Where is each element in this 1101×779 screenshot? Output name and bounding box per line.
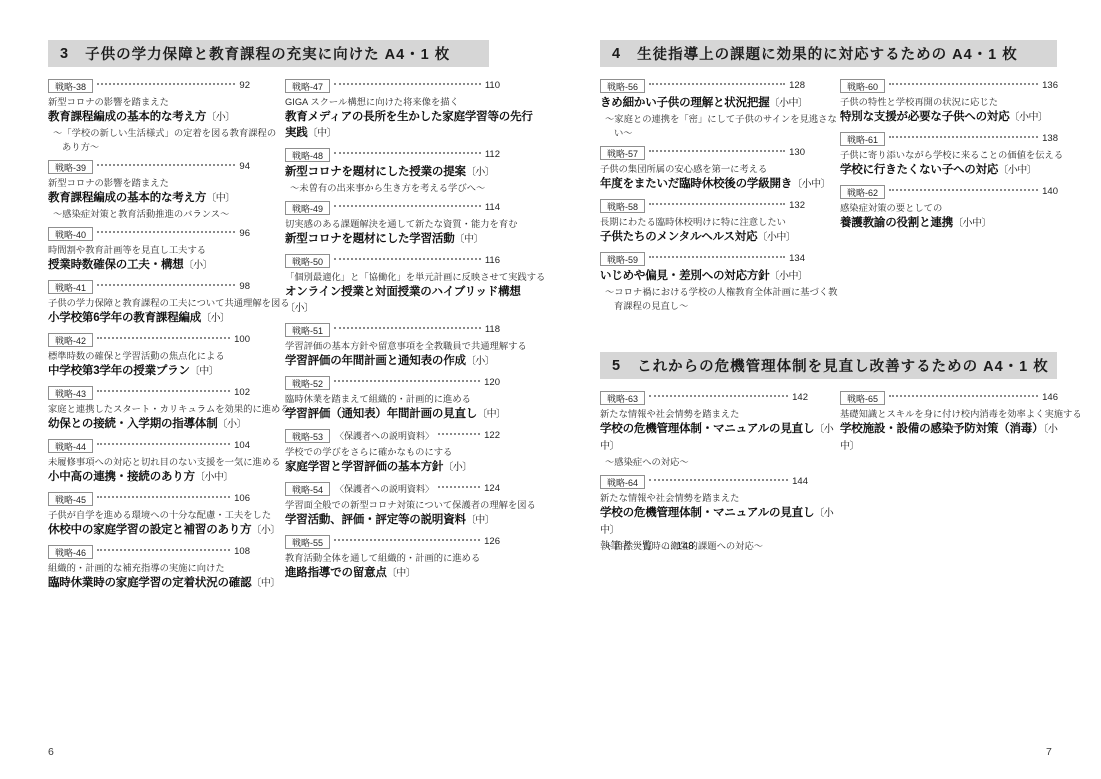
- entry-title: 学校に行きたくない子への対応〔小中〕: [840, 162, 1058, 179]
- section-heading-3: 3 子供の学力保障と教育課程の充実に向けた A4・1 枚: [48, 40, 489, 67]
- dot-leader: [97, 549, 230, 551]
- toc-entry-header: 戦略-3994: [48, 159, 250, 174]
- folio-right: 7: [1046, 746, 1052, 758]
- strategy-label: 戦略-47: [285, 79, 330, 93]
- grade-tag: 〔小〕: [206, 112, 235, 123]
- toc-entry: 戦略-55126教育活動全体を通して組織的・計画的に進める進路指導での留意点〔中…: [285, 534, 540, 582]
- grade-tag: 〔中〕: [387, 568, 416, 579]
- page-ref: 112: [485, 149, 500, 160]
- page-ref: 126: [484, 536, 500, 547]
- page-ref: 114: [485, 202, 500, 213]
- entry-subtitle: ～感染症対策と教育活動推進のバランス～: [48, 207, 285, 221]
- entry-title: 養護教諭の役割と連携〔小中〕: [840, 215, 1058, 232]
- section-title: これからの危機管理体制を見直し改善するための A4・1 枚: [637, 355, 1049, 376]
- grade-tag: 〔中〕: [477, 409, 506, 420]
- grade-tag: 〔小中〕: [840, 424, 1057, 452]
- entry-lead: 子供の集団所属の安心感を第一に考える: [600, 162, 842, 176]
- strategy-label: 戦略-62: [840, 185, 885, 199]
- strategy-label: 戦略-60: [840, 79, 885, 93]
- toc-entry: 戦略-50116「個別最適化」と「協働化」を単元計画に反映させて実践するオンライ…: [285, 253, 540, 317]
- dot-leader: [889, 395, 1038, 397]
- toc-column: 戦略-65146基礎知識とスキルを身に付け校内消毒を効率よく実施する学校施設・設…: [840, 387, 1058, 460]
- entry-title: 教育メディアの長所を生かした家庭学習等の先行実践〔中〕: [285, 109, 540, 142]
- strategy-label: 戦略-50: [285, 254, 330, 268]
- toc-entry-header: 戦略-4096: [48, 226, 250, 241]
- page-ref: 108: [234, 546, 250, 557]
- page-ref: 144: [792, 476, 808, 487]
- toc-entry-header: 戦略-64144: [600, 474, 808, 489]
- strategy-label: 戦略-49: [285, 201, 330, 215]
- entry-title: 学校施設・設備の感染予防対策（消毒）〔小中〕: [840, 421, 1058, 455]
- entry-title: いじめや偏見・差別への対応方針〔小中〕: [600, 268, 842, 285]
- dot-leader: [334, 152, 481, 154]
- entry-lead: 組織的・計画的な補充指導の実施に向けた: [48, 561, 285, 575]
- toc-entry: 戦略-65146基礎知識とスキルを身に付け校内消毒を効率よく実施する学校施設・設…: [840, 390, 1058, 455]
- page-ref: 100: [234, 334, 250, 345]
- strategy-label: 戦略-41: [48, 280, 93, 294]
- toc-entry: 戦略-60136子供の特性と学校再開の状況に応じた特別な支援が必要な子供への対応…: [840, 78, 1058, 126]
- entry-title: 教育課程編成の基本的な考え方〔小〕: [48, 109, 285, 126]
- dot-leader: [334, 258, 481, 260]
- dot-leader: [334, 83, 481, 85]
- grade-tag: 〔中〕: [466, 515, 495, 526]
- grade-tag: 〔中〕: [251, 578, 280, 589]
- entry-lead: 標準時数の確保と学習活動の焦点化による: [48, 349, 285, 363]
- page-ref: 128: [789, 80, 805, 91]
- toc-entry-header: 戦略-62140: [840, 184, 1058, 199]
- toc-entry: 戦略-46108組織的・計画的な補充指導の実施に向けた臨時休業時の家庭学習の定着…: [48, 544, 285, 592]
- strategy-label: 戦略-59: [600, 252, 645, 266]
- grade-tag: 〔小中〕: [792, 179, 830, 190]
- dot-leader: [334, 380, 480, 382]
- page-ref: 110: [485, 80, 500, 91]
- dot-leader: [649, 479, 788, 481]
- strategy-label: 戦略-64: [600, 475, 645, 489]
- entry-lead: 新型コロナの影響を踏まえた: [48, 176, 285, 190]
- strategy-label: 戦略-39: [48, 160, 93, 174]
- toc-entry-header: 戦略-59134: [600, 251, 805, 266]
- toc-entry-header: 戦略-54〈保護者への説明資料〉124: [285, 481, 500, 496]
- toc-entry-header: 戦略-55126: [285, 534, 500, 549]
- strategy-label: 戦略-58: [600, 199, 645, 213]
- toc-entry-header: 戦略-56128: [600, 78, 805, 93]
- toc-column: 戦略-3892新型コロナの影響を踏まえた教育課程編成の基本的な考え方〔小〕～「学…: [48, 75, 285, 597]
- entry-title: 教育課程編成の基本的な考え方〔中〕: [48, 190, 285, 207]
- dot-leader: [649, 395, 788, 397]
- section-title: 子供の学力保障と教育課程の充実に向けた A4・1 枚: [85, 43, 450, 64]
- strategy-label: 戦略-55: [285, 535, 330, 549]
- dot-leader: [889, 83, 1038, 85]
- toc-entry-header: 戦略-43102: [48, 385, 250, 400]
- toc-entry-header: 戦略-57130: [600, 145, 805, 160]
- strategy-label: 戦略-43: [48, 386, 93, 400]
- strategy-label: 戦略-38: [48, 79, 93, 93]
- toc-entry: 戦略-43102家庭と連携したスタート・カリキュラムを効果的に進める幼保との接続…: [48, 385, 285, 433]
- toc-entry: 戦略-49114切実感のある課題解決を通して新たな資質・能力を育む新型コロナを題…: [285, 200, 540, 248]
- dot-leader: [649, 83, 785, 85]
- grade-tag: 〔小〕: [443, 462, 472, 473]
- strategy-label: 戦略-57: [600, 146, 645, 160]
- page-ref: 116: [485, 255, 500, 266]
- entry-subtitle: ～コロナ禍における学校の人権教育全体計画に基づく教育課程の見直し～: [600, 285, 842, 313]
- strategy-label: 戦略-45: [48, 492, 93, 506]
- dot-leader: [97, 390, 230, 392]
- strategy-label: 戦略-65: [840, 391, 885, 405]
- dot-leader: [649, 150, 785, 152]
- entry-lead: 学習面全般での新型コロナ対策について保護者の理解を図る: [285, 498, 540, 512]
- toc-column: 戦略-60136子供の特性と学校再開の状況に応じた特別な支援が必要な子供への対応…: [840, 75, 1058, 237]
- entry-title: 学習活動、評価・評定等の説明資料〔中〕: [285, 512, 540, 529]
- dot-leader: [438, 486, 480, 488]
- toc-entry-header: 戦略-47110: [285, 78, 500, 93]
- toc-entry-header: 戦略-42100: [48, 332, 250, 347]
- page-ref: 122: [484, 430, 500, 441]
- entry-lead: 子供に寄り添いながら学校に来ることの価値を伝える: [840, 148, 1058, 162]
- toc-entry-header: 戦略-48112: [285, 147, 500, 162]
- toc-entry: 戦略-62140感染症対策の要としての養護教諭の役割と連携〔小中〕: [840, 184, 1058, 232]
- entry-lead: 臨時休業を踏まえて組織的・計画的に進める: [285, 392, 540, 406]
- strategy-label: 戦略-46: [48, 545, 93, 559]
- dot-leader: [334, 539, 480, 541]
- page-ref: 138: [1042, 133, 1058, 144]
- entry-title: 特別な支援が必要な子供への対応〔小中〕: [840, 109, 1058, 126]
- entry-lead: 新たな情報や社会情勢を踏まえた: [600, 407, 842, 421]
- toc-entry: 戦略-58132長期にわたる臨時休校明けに特に注意したい子供たちのメンタルヘルス…: [600, 198, 842, 246]
- entry-lead: 子供の特性と学校再開の状況に応じた: [840, 95, 1058, 109]
- page-ref: 140: [1042, 186, 1058, 197]
- grade-tag: 〔小〕: [251, 525, 280, 536]
- authors-list-link: 執筆者一覧 … 148: [600, 538, 694, 553]
- dot-leader: [334, 327, 481, 329]
- page-ref: 118: [485, 324, 500, 335]
- grade-tag: 〔小〕: [201, 313, 230, 324]
- page-ref: 134: [789, 253, 805, 264]
- entry-lead: 新たな情報や社会情勢を踏まえた: [600, 491, 842, 505]
- grade-tag: 〔小中〕: [998, 165, 1036, 176]
- strategy-label: 戦略-48: [285, 148, 330, 162]
- strategy-label: 戦略-42: [48, 333, 93, 347]
- entry-title: きめ細かい子供の理解と状況把握〔小中〕: [600, 95, 842, 112]
- entry-lead: 家庭と連携したスタート・カリキュラムを効果的に進める: [48, 402, 285, 416]
- dot-leader: [649, 203, 785, 205]
- toc-entry: 戦略-59134いじめや偏見・差別への対応方針〔小中〕～コロナ禍における学校の人…: [600, 251, 842, 313]
- entry-lead: 感染症対策の要としての: [840, 201, 1058, 215]
- strategy-note: 〈保護者への説明資料〉: [335, 482, 434, 495]
- toc-entry-header: 戦略-50116: [285, 253, 500, 268]
- entry-title: 新型コロナを題材にした学習活動〔中〕: [285, 231, 540, 248]
- entry-lead: 基礎知識とスキルを身に付け校内消毒を効率よく実施する: [840, 407, 1058, 421]
- page-ref: 102: [234, 387, 250, 398]
- toc-entry-header: 戦略-63142: [600, 390, 808, 405]
- toc-entry: 戦略-4198子供の学力保障と教育課程の工夫について共通理解を図る小学校第6学年…: [48, 279, 285, 327]
- dot-leader: [649, 256, 785, 258]
- toc-column: 戦略-56128きめ細かい子供の理解と状況把握〔小中〕～家庭との連携を「密」にし…: [600, 75, 842, 318]
- toc-entry-header: 戦略-3892: [48, 78, 250, 93]
- page-ref: 98: [239, 281, 250, 292]
- toc-entry-header: 戦略-46108: [48, 544, 250, 559]
- strategy-note: 〈保護者への説明資料〉: [335, 429, 434, 442]
- grade-tag: 〔小中〕: [757, 232, 795, 243]
- page-ref: 96: [239, 228, 250, 239]
- grade-tag: 〔小〕: [466, 167, 495, 178]
- entry-subtitle: ～未曽有の出来事から生き方を考える学びへ～: [285, 181, 540, 195]
- dot-leader: [97, 284, 235, 286]
- entry-subtitle: ～「学校の新しい生活様式」の定着を図る教育課程のあり方～: [48, 126, 285, 154]
- dot-leader: [97, 231, 235, 233]
- toc-entry: 戦略-56128きめ細かい子供の理解と状況把握〔小中〕～家庭との連携を「密」にし…: [600, 78, 842, 140]
- book-spread: 3 子供の学力保障と教育課程の充実に向けた A4・1 枚 戦略-3892新型コロ…: [0, 0, 1101, 779]
- grade-tag: 〔小中〕: [600, 508, 833, 536]
- entry-title: 小学校第6学年の教育課程編成〔小〕: [48, 310, 285, 327]
- entry-title: 学習評価の年間計画と通知表の作成〔小〕: [285, 353, 540, 370]
- entry-title: 臨時休業時の家庭学習の定着状況の確認〔中〕: [48, 575, 285, 592]
- toc-entry-header: 戦略-53〈保護者への説明資料〉122: [285, 428, 500, 443]
- section-title: 生徒指導上の課題に効果的に対応するための A4・1 枚: [637, 43, 1018, 64]
- entry-title: 進路指導での留意点〔中〕: [285, 565, 540, 582]
- toc-entry: 戦略-47110GIGA スクール構想に向けた将来像を描く教育メディアの長所を生…: [285, 78, 540, 142]
- entry-title: 中学校第3学年の授業プラン〔中〕: [48, 363, 285, 380]
- folio-left: 6: [48, 746, 54, 758]
- entry-lead: 子供の学力保障と教育課程の工夫について共通理解を図る: [48, 296, 285, 310]
- toc-entry-header: 戦略-4198: [48, 279, 250, 294]
- toc-entry-header: 戦略-44104: [48, 438, 250, 453]
- entry-lead: 未履修事項への対応と切れ目のない支援を一気に進める: [48, 455, 285, 469]
- entry-title: 年度をまたいだ臨時休校後の学級開き〔小中〕: [600, 176, 842, 193]
- section-heading-5: 5 これからの危機管理体制を見直し改善するための A4・1 枚: [600, 352, 1057, 379]
- entry-lead: 新型コロナの影響を踏まえた: [48, 95, 285, 109]
- entry-lead: 切実感のある課題解決を通して新たな資質・能力を育む: [285, 217, 540, 231]
- strategy-label: 戦略-53: [285, 429, 330, 443]
- toc-entry-header: 戦略-52120: [285, 375, 500, 390]
- toc-entry-header: 戦略-60136: [840, 78, 1058, 93]
- grade-tag: 〔小中〕: [1010, 112, 1048, 123]
- entry-title: 家庭学習と学習評価の基本方針〔小〕: [285, 459, 540, 476]
- toc-entry-header: 戦略-45106: [48, 491, 250, 506]
- dot-leader: [97, 164, 235, 166]
- section-number: 4: [612, 46, 621, 62]
- strategy-label: 戦略-40: [48, 227, 93, 241]
- dot-leader: [97, 496, 230, 498]
- strategy-label: 戦略-52: [285, 376, 330, 390]
- page-ref: 104: [234, 440, 250, 451]
- grade-tag: 〔小〕: [184, 260, 213, 271]
- entry-title: 学習評価（通知表）年間計画の見直し〔中〕: [285, 406, 540, 423]
- page-ref: 136: [1042, 80, 1058, 91]
- page-ref: 94: [239, 161, 250, 172]
- strategy-label: 戦略-63: [600, 391, 645, 405]
- toc-entry: 戦略-3994新型コロナの影響を踏まえた教育課程編成の基本的な考え方〔中〕～感染…: [48, 159, 285, 221]
- toc-entry: 戦略-52120臨時休業を踏まえて組織的・計画的に進める学習評価（通知表）年間計…: [285, 375, 540, 423]
- toc-entry: 戦略-63142新たな情報や社会情勢を踏まえた学校の危機管理体制・マニュアルの見…: [600, 390, 842, 469]
- entry-title: 小中高の連携・接続のあり方〔小中〕: [48, 469, 285, 486]
- page-ref: 92: [239, 80, 250, 91]
- grade-tag: 〔小〕: [218, 419, 247, 430]
- toc-entry-header: 戦略-58132: [600, 198, 805, 213]
- grade-tag: 〔小中〕: [600, 424, 833, 452]
- grade-tag: 〔小中〕: [770, 98, 808, 109]
- grade-tag: 〔小中〕: [953, 218, 991, 229]
- entry-title: 授業時数確保の工夫・構想〔小〕: [48, 257, 285, 274]
- toc-entry: 戦略-54〈保護者への説明資料〉124学習面全般での新型コロナ対策について保護者…: [285, 481, 540, 529]
- dot-leader: [334, 205, 481, 207]
- grade-tag: 〔中〕: [190, 366, 219, 377]
- strategy-label: 戦略-54: [285, 482, 330, 496]
- toc-entry: 戦略-48112新型コロナを題材にした授業の提案〔小〕～未曽有の出来事から生き方…: [285, 147, 540, 195]
- toc-column: 戦略-63142新たな情報や社会情勢を踏まえた学校の危機管理体制・マニュアルの見…: [600, 387, 842, 558]
- strategy-label: 戦略-51: [285, 323, 330, 337]
- toc-entry: 戦略-57130子供の集団所属の安心感を第一に考える年度をまたいだ臨時休校後の学…: [600, 145, 842, 193]
- grade-tag: 〔小〕: [285, 303, 314, 314]
- page-ref: 142: [792, 392, 808, 403]
- grade-tag: 〔小中〕: [770, 271, 808, 282]
- page-ref: 106: [234, 493, 250, 504]
- entry-lead: 学校での学びをさらに確かなものにする: [285, 445, 540, 459]
- entry-subtitle: ～家庭との連携を「密」にして子供のサインを見逃さない～: [600, 112, 842, 140]
- toc-entry: 戦略-61138子供に寄り添いながら学校に来ることの価値を伝える学校に行きたくな…: [840, 131, 1058, 179]
- toc-entry-header: 戦略-65146: [840, 390, 1058, 405]
- toc-entry-header: 戦略-49114: [285, 200, 500, 215]
- dot-leader: [97, 83, 235, 85]
- entry-title: 休校中の家庭学習の設定と補習のあり方〔小〕: [48, 522, 285, 539]
- toc-entry: 戦略-3892新型コロナの影響を踏まえた教育課程編成の基本的な考え方〔小〕～「学…: [48, 78, 285, 154]
- entry-title: オンライン授業と対面授業のハイブリッド構想〔小〕: [285, 284, 540, 317]
- entry-lead: 「個別最適化」と「協働化」を単元計画に反映させて実践する: [285, 270, 540, 284]
- toc-column: 戦略-47110GIGA スクール構想に向けた将来像を描く教育メディアの長所を生…: [285, 75, 540, 587]
- entry-lead: 教育活動全体を通して組織的・計画的に進める: [285, 551, 540, 565]
- grade-tag: 〔小中〕: [195, 472, 233, 483]
- entry-lead: 時間割や教育計画等を見直し工夫する: [48, 243, 285, 257]
- page-ref: 146: [1042, 392, 1058, 403]
- page-ref: 124: [484, 483, 500, 494]
- toc-entry: 戦略-42100標準時数の確保と学習活動の焦点化による中学校第3学年の授業プラン…: [48, 332, 285, 380]
- grade-tag: 〔中〕: [308, 128, 337, 139]
- strategy-label: 戦略-44: [48, 439, 93, 453]
- entry-title: 学校の危機管理体制・マニュアルの見直し〔小中〕: [600, 421, 842, 455]
- entry-subtitle: ～感染症への対応～: [600, 455, 842, 469]
- dot-leader: [97, 337, 230, 339]
- toc-entry: 戦略-4096時間割や教育計画等を見直し工夫する授業時数確保の工夫・構想〔小〕: [48, 226, 285, 274]
- toc-entry: 戦略-51118学習評価の基本方針や留意事項を全教職員で共通理解する学習評価の年…: [285, 322, 540, 370]
- entry-title: 新型コロナを題材にした授業の提案〔小〕: [285, 164, 540, 181]
- entry-lead: 子供が自学を進める環境への十分な配慮・工夫をした: [48, 508, 285, 522]
- page-ref: 120: [484, 377, 500, 388]
- grade-tag: 〔中〕: [455, 234, 484, 245]
- toc-entry: 戦略-53〈保護者への説明資料〉122学校での学びをさらに確かなものにする家庭学…: [285, 428, 540, 476]
- entry-lead: 学習評価の基本方針や留意事項を全教職員で共通理解する: [285, 339, 540, 353]
- entry-title: 学校の危機管理体制・マニュアルの見直し〔小中〕: [600, 505, 842, 539]
- entry-lead: GIGA スクール構想に向けた将来像を描く: [285, 95, 540, 109]
- toc-entry: 戦略-44104未履修事項への対応と切れ目のない支援を一気に進める小中高の連携・…: [48, 438, 285, 486]
- entry-title: 子供たちのメンタルヘルス対応〔小中〕: [600, 229, 842, 246]
- toc-entry-header: 戦略-61138: [840, 131, 1058, 146]
- grade-tag: 〔中〕: [206, 193, 235, 204]
- section-number: 5: [612, 358, 621, 374]
- dot-leader: [97, 443, 230, 445]
- strategy-label: 戦略-61: [840, 132, 885, 146]
- section-number: 3: [60, 46, 69, 62]
- page-ref: 130: [789, 147, 805, 158]
- grade-tag: 〔小〕: [466, 356, 495, 367]
- toc-entry: 戦略-45106子供が自学を進める環境への十分な配慮・工夫をした休校中の家庭学習…: [48, 491, 285, 539]
- toc-entry-header: 戦略-51118: [285, 322, 500, 337]
- page-ref: 132: [789, 200, 805, 211]
- dot-leader: [438, 433, 480, 435]
- section-heading-4: 4 生徒指導上の課題に効果的に対応するための A4・1 枚: [600, 40, 1057, 67]
- entry-lead: 長期にわたる臨時休校明けに特に注意したい: [600, 215, 842, 229]
- strategy-label: 戦略-56: [600, 79, 645, 93]
- dot-leader: [889, 189, 1038, 191]
- entry-title: 幼保との接続・入学期の指導体制〔小〕: [48, 416, 285, 433]
- dot-leader: [889, 136, 1038, 138]
